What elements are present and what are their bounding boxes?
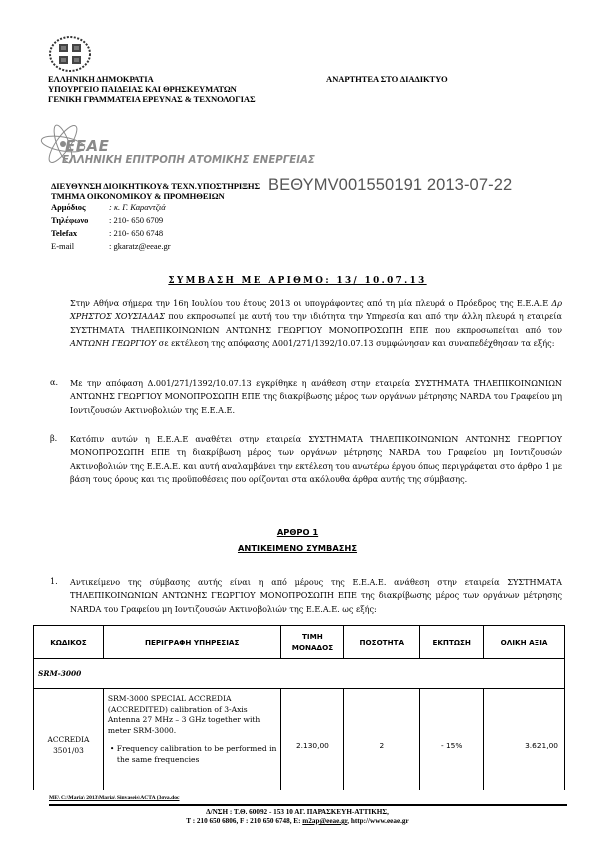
footer-divider bbox=[49, 804, 567, 806]
logo-abbreviation: ΕΕΑΕ bbox=[65, 137, 109, 155]
cell-unit-price: 2.130,00 bbox=[281, 689, 344, 802]
group-label: SRM-3000 bbox=[34, 659, 565, 689]
footer-file-path: ΜΕ\ C:\Maria\ 2013\Maria\ Sinvaseis\ACTA… bbox=[49, 795, 180, 801]
logo-full-name: ΕΛΛΗΝΙΚΗ ΕΠΙΤΡΟΠΗ ΑΤΟΜΙΚΗΣ ΕΝΕΡΓΕΙΑΣ bbox=[62, 155, 315, 166]
footer-website[interactable]: , http://www.eeae.gr bbox=[347, 817, 408, 825]
contract-title: ΣΥΜΒΑΣΗ ΜΕ ΑΡΙΘΜΟ: 13/ 10.07.13 bbox=[0, 276, 595, 286]
services-table: ΚΩΔΙΚΟΣ ΠΕΡΙΓΡΑΦΗ ΥΠΗΡΕΣΙΑΣ ΤΙΜΗ ΜΟΝΑΔΟΣ… bbox=[33, 625, 565, 802]
greek-state-emblem-icon bbox=[45, 36, 95, 72]
contact-row-fax: Telefax: 210- 650 6748 bbox=[51, 228, 163, 238]
contact-value: : gkaratz@eeae.gr bbox=[109, 241, 171, 251]
col-header-discount: ΕΚΠΤΩΣΗ bbox=[420, 626, 484, 659]
publish-online-note: ΑΝΑΡΤΗΤΕΑ ΣΤΟ ΔΙΑΔΙΚΤΥΟ bbox=[326, 74, 448, 85]
table-row: ACCREDIA 3501/03 SRM-3000 SPECIAL ACCRED… bbox=[34, 689, 565, 802]
intro-paragraph: Στην Αθήνα σήμερα την 16η Ιουλίου του έτ… bbox=[70, 297, 562, 351]
contact-label: E-mail bbox=[51, 241, 109, 251]
section-line: ΤΜΗΜΑ ΟΙΚΟΝΟΜΙΚΟΥ & ΠΡΟΜΗΘΕΙΩΝ bbox=[51, 191, 225, 202]
contact-row-phone: Τηλέφωνο: 210- 650 6709 bbox=[51, 215, 163, 225]
table-group-row: SRM-3000 bbox=[34, 659, 565, 689]
item-marker-b: β. bbox=[50, 433, 57, 443]
table-header-row: ΚΩΔΙΚΟΣ ΠΕΡΙΓΡΑΦΗ ΥΠΗΡΕΣΙΑΣ ΤΙΜΗ ΜΟΝΑΔΟΣ… bbox=[34, 626, 565, 659]
point-marker-1: 1. bbox=[50, 576, 58, 586]
header-line-ministry: ΥΠΟΥΡΓΕΙΟ ΠΑΙΔΕΙΑΣ ΚΑΙ ΘΡΗΣΚΕΥΜΑΤΩΝ bbox=[48, 84, 237, 95]
contact-value: : κ. Γ. Καραντζιά bbox=[109, 202, 166, 212]
col-header-unit-price: ΤΙΜΗ ΜΟΝΑΔΟΣ bbox=[281, 626, 344, 659]
cell-description: SRM-3000 SPECIAL ACCREDIA (ACCREDITED) c… bbox=[103, 689, 281, 802]
representative-name: ΑΝΤΩΝΗ ΓΕΩΡΓΙΟΥ bbox=[70, 338, 156, 348]
contact-value: : 210- 650 6709 bbox=[109, 215, 163, 225]
contact-label: Τηλέφωνο bbox=[51, 215, 109, 225]
footer-email-link[interactable]: m2ap@eeae.gr bbox=[302, 817, 347, 825]
contact-row-email: E-mail: gkaratz@eeae.gr bbox=[51, 241, 171, 251]
footer-contact-line: Τ : 210 650 6806, F : 210 650 6748, E: m… bbox=[0, 817, 595, 825]
cell-total: 3.621,00 bbox=[484, 689, 565, 802]
department-line: ΔΙΕΥΘΥΝΣΗ ΔΙΟΙΚΗΤΙΚΟΥ& ΤΕΧΝ.ΥΠΟΣΤΗΡΙΞΗΣ bbox=[51, 181, 260, 192]
header-line-secretariat: ΓΕΝΙΚΗ ΓΡΑΜΜΑΤΕΙΑ ΕΡΕΥΝΑΣ & ΤΕΧΝΟΛΟΓΙΑΣ bbox=[48, 94, 255, 105]
item-b-text: Κατόπιν αυτών η Ε.Ε.Α.Ε αναθέτει στην ετ… bbox=[70, 433, 562, 487]
col-header-description: ΠΕΡΙΓΡΑΦΗ ΥΠΗΡΕΣΙΑΣ bbox=[103, 626, 281, 659]
header-line-republic: ΕΛΛΗΝΙΚΗ ΔΗΜΟΚΡΑΤΙΑ bbox=[48, 74, 154, 85]
item-marker-a: α. bbox=[50, 377, 58, 387]
article-number: ΑΡΘΡΟ 1 bbox=[0, 527, 595, 537]
contact-label: Telefax bbox=[51, 228, 109, 238]
cell-code: ACCREDIA 3501/03 bbox=[34, 689, 104, 802]
col-header-code: ΚΩΔΙΚΟΣ bbox=[34, 626, 104, 659]
contact-row-responsible: Αρμόδιος: κ. Γ. Καραντζιά bbox=[51, 202, 166, 212]
col-header-total: ΟΛΙΚΗ ΑΞΙΑ bbox=[484, 626, 565, 659]
description-bullet: • Frequency calibration to be performed … bbox=[108, 744, 277, 765]
col-header-quantity: ΠΟΣΟΤΗΤΑ bbox=[344, 626, 420, 659]
item-a-text: Με την απόφαση Δ.001/271/1392/10.07.13 ε… bbox=[70, 377, 562, 417]
document-watermark-id: ΒΕΘΥΜV001550191 2013-07-22 bbox=[268, 176, 512, 195]
contact-label: Αρμόδιος bbox=[51, 202, 109, 212]
article-heading: ΑΝΤΙΚΕΙΜΕΝΟ ΣΥΜΒΑΣΗΣ bbox=[0, 543, 595, 553]
contact-value: : 210- 650 6748 bbox=[109, 228, 163, 238]
article-point-text: Αντικείμενο της σύμβασης αυτής είναι η α… bbox=[70, 576, 562, 616]
footer-address: Δ/ΝΣΗ : Τ.Θ. 60092 - 153 10 ΑΓ. ΠΑΡΑΣΚΕΥ… bbox=[0, 808, 595, 816]
cell-discount: - 15% bbox=[420, 689, 484, 802]
cell-quantity: 2 bbox=[344, 689, 420, 802]
